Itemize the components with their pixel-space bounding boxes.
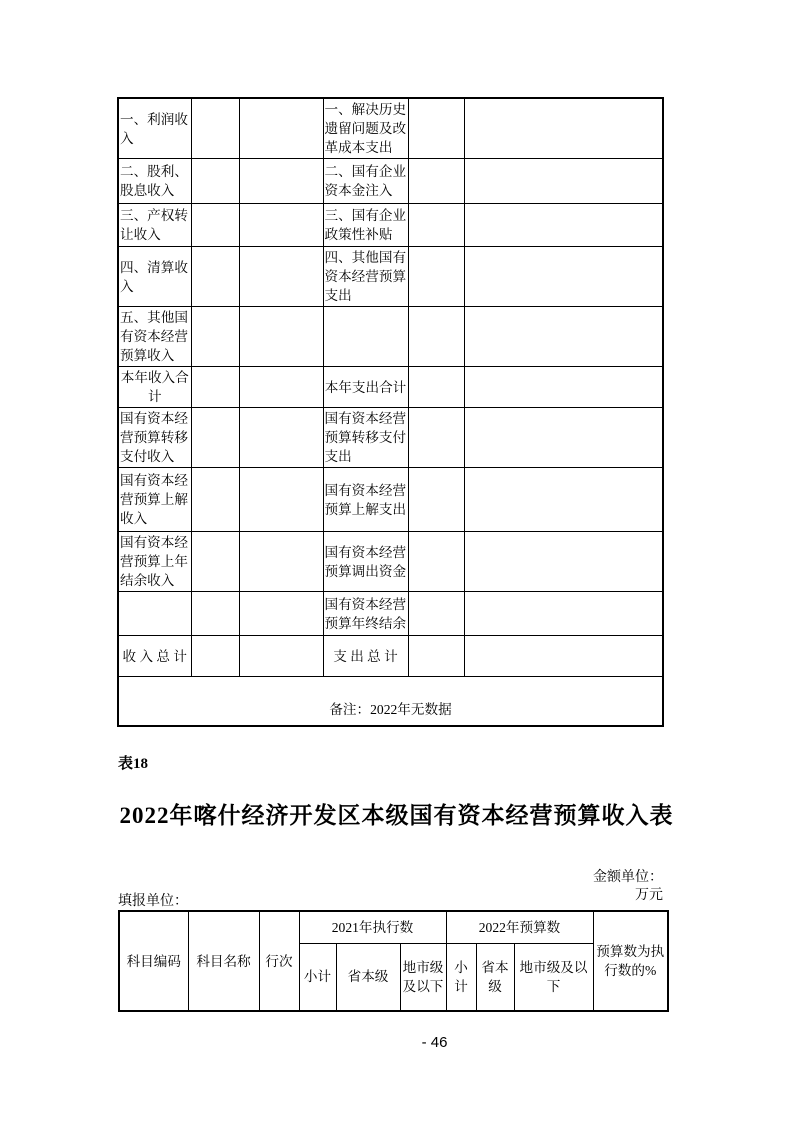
expense-item-label: 国有资本经营预算上解支出 bbox=[323, 468, 408, 532]
table-row: 收 入 总 计 支 出 总 计 bbox=[118, 636, 663, 677]
amount-cell bbox=[408, 636, 464, 677]
header-row-group: 科目编码 科目名称 行次 2021年执行数 2022年预算数 预算数为执行数的% bbox=[119, 911, 668, 943]
amount-cell bbox=[191, 636, 239, 677]
amount-cell bbox=[408, 204, 464, 247]
col-header-2021-province-level: 省本级 bbox=[336, 943, 400, 1011]
amount-cell bbox=[191, 408, 239, 468]
income-item-label: 二、股利、股息收入 bbox=[118, 159, 191, 204]
page-number: - 46 bbox=[0, 1034, 793, 1051]
col-header-2021-city-level-below: 地市级及以下 bbox=[400, 943, 446, 1011]
amount-cell bbox=[464, 307, 663, 367]
table-row: 国有资本经营预算转移支付收入 国有资本经营预算转移支付支出 bbox=[118, 408, 663, 468]
amount-cell bbox=[191, 367, 239, 408]
income-item-label: 国有资本经营预算上年结余收入 bbox=[118, 532, 191, 592]
amount-cell bbox=[464, 247, 663, 307]
income-item-label: 一、利润收入 bbox=[118, 98, 191, 159]
col-header-2022-city-level-below: 地市级及以下 bbox=[514, 943, 593, 1011]
table-note: 备注：2022年无数据 bbox=[118, 677, 663, 726]
amount-cell bbox=[464, 636, 663, 677]
amount-cell bbox=[408, 532, 464, 592]
amount-unit: 金额单位： 万元 bbox=[593, 869, 663, 905]
amount-cell bbox=[191, 532, 239, 592]
col-header-subject-code: 科目编码 bbox=[119, 911, 188, 1011]
table-row: 一、利润收入 一、解决历史遗留问题及改革成本支出 bbox=[118, 98, 663, 159]
col-header-line-no: 行次 bbox=[259, 911, 299, 1011]
expense-item-label: 一、解决历史遗留问题及改革成本支出 bbox=[323, 98, 408, 159]
amount-cell bbox=[239, 367, 323, 408]
amount-cell bbox=[464, 592, 663, 636]
document-page: 一、利润收入 一、解决历史遗留问题及改革成本支出 二、股利、股息收入 二、国有企… bbox=[0, 0, 793, 1122]
col-header-budget-ratio: 预算数为执行数的% bbox=[593, 911, 668, 1011]
col-group-2021-execution: 2021年执行数 bbox=[299, 911, 446, 943]
amount-cell bbox=[191, 247, 239, 307]
report-title: 2022年喀什经济开发区本级国有资本经营预算收入表 bbox=[0, 797, 793, 830]
table-row: 国有资本经营预算上解收入 国有资本经营预算上解支出 bbox=[118, 468, 663, 532]
expense-item-label: 二、国有企业资本金注入 bbox=[323, 159, 408, 204]
amount-cell bbox=[408, 408, 464, 468]
amount-cell bbox=[239, 204, 323, 247]
table-row: 本年收入合计 本年支出合计 bbox=[118, 367, 663, 408]
amount-cell bbox=[191, 159, 239, 204]
income-item-label: 国有资本经营预算上解收入 bbox=[118, 468, 191, 532]
amount-cell bbox=[239, 159, 323, 204]
amount-cell bbox=[464, 98, 663, 159]
amount-unit-label: 金额单位： bbox=[593, 869, 663, 887]
amount-cell bbox=[408, 98, 464, 159]
amount-cell bbox=[408, 247, 464, 307]
col-header-2021-subtotal: 小计 bbox=[299, 943, 336, 1011]
expense-item-label: 四、其他国有资本经营预算支出 bbox=[323, 247, 408, 307]
income-item-label: 国有资本经营预算转移支付收入 bbox=[118, 408, 191, 468]
expense-item-label: 国有资本经营预算转移支付支出 bbox=[323, 408, 408, 468]
amount-cell bbox=[239, 247, 323, 307]
amount-cell bbox=[408, 468, 464, 532]
income-expense-summary-table: 一、利润收入 一、解决历史遗留问题及改革成本支出 二、股利、股息收入 二、国有企… bbox=[117, 97, 664, 727]
expense-item-label: 三、国有企业政策性补贴 bbox=[323, 204, 408, 247]
income-item-label bbox=[118, 592, 191, 636]
amount-cell bbox=[408, 592, 464, 636]
amount-cell bbox=[191, 307, 239, 367]
amount-cell bbox=[464, 532, 663, 592]
amount-cell bbox=[464, 367, 663, 408]
budget-income-table: 科目编码 科目名称 行次 2021年执行数 2022年预算数 预算数为执行数的%… bbox=[118, 910, 669, 1012]
amount-cell bbox=[464, 468, 663, 532]
expense-item-label: 国有资本经营预算年终结余 bbox=[323, 592, 408, 636]
amount-cell bbox=[408, 159, 464, 204]
amount-cell bbox=[239, 468, 323, 532]
amount-cell bbox=[408, 367, 464, 408]
income-item-label: 四、清算收入 bbox=[118, 247, 191, 307]
expense-grand-total-label: 支 出 总 计 bbox=[323, 636, 408, 677]
amount-cell bbox=[239, 592, 323, 636]
income-item-label: 五、其他国有资本经营预算收入 bbox=[118, 307, 191, 367]
amount-cell bbox=[408, 307, 464, 367]
table-row: 五、其他国有资本经营预算收入 bbox=[118, 307, 663, 367]
expense-item-label bbox=[323, 307, 408, 367]
table-row: 二、股利、股息收入 二、国有企业资本金注入 bbox=[118, 159, 663, 204]
income-item-label: 三、产权转让收入 bbox=[118, 204, 191, 247]
income-grand-total-label: 收 入 总 计 bbox=[118, 636, 191, 677]
expense-item-label: 国有资本经营预算调出资金 bbox=[323, 532, 408, 592]
amount-cell bbox=[239, 98, 323, 159]
col-header-subject-name: 科目名称 bbox=[188, 911, 259, 1011]
amount-cell bbox=[464, 204, 663, 247]
amount-cell bbox=[191, 592, 239, 636]
col-header-2022-subtotal: 小计 bbox=[446, 943, 476, 1011]
table-row: 国有资本经营预算年终结余 bbox=[118, 592, 663, 636]
amount-cell bbox=[464, 159, 663, 204]
table-row: 国有资本经营预算上年结余收入 国有资本经营预算调出资金 bbox=[118, 532, 663, 592]
col-header-2022-province-level: 省本级 bbox=[476, 943, 514, 1011]
amount-unit-value: 万元 bbox=[593, 887, 663, 905]
amount-cell bbox=[239, 636, 323, 677]
income-total-label: 本年收入合计 bbox=[118, 367, 191, 408]
amount-cell bbox=[239, 307, 323, 367]
expense-total-label: 本年支出合计 bbox=[323, 367, 408, 408]
table-row: 备注：2022年无数据 bbox=[118, 677, 663, 726]
table-row: 三、产权转让收入 三、国有企业政策性补贴 bbox=[118, 204, 663, 247]
amount-cell bbox=[191, 98, 239, 159]
amount-cell bbox=[239, 408, 323, 468]
amount-cell bbox=[239, 532, 323, 592]
amount-cell bbox=[191, 204, 239, 247]
amount-cell bbox=[464, 408, 663, 468]
amount-cell bbox=[191, 468, 239, 532]
col-group-2022-budget: 2022年预算数 bbox=[446, 911, 593, 943]
filing-unit-label: 填报单位： bbox=[118, 890, 188, 910]
table-row: 四、清算收入 四、其他国有资本经营预算支出 bbox=[118, 247, 663, 307]
table-number: 表18 bbox=[118, 752, 148, 773]
